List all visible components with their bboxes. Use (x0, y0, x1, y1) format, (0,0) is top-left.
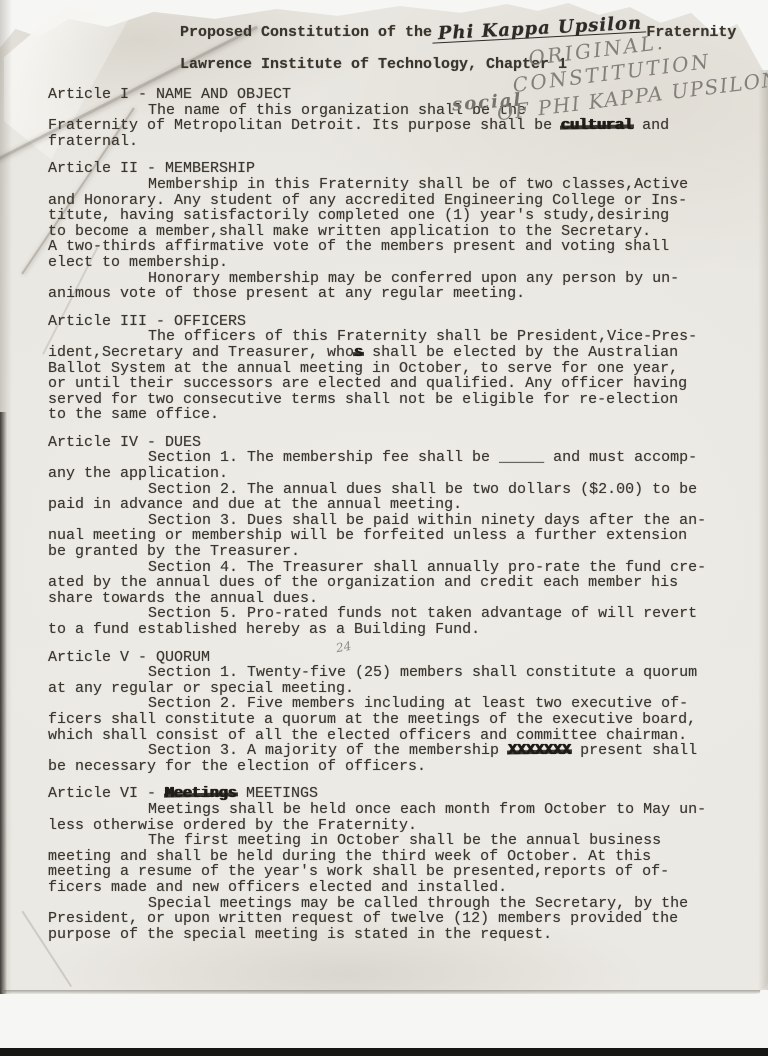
typed-text: titute, having satisfactorily completed … (48, 207, 669, 224)
typed-text: or until their successors are elected an… (48, 375, 687, 392)
doc-line: Ballot System at the annual meeting in O… (48, 361, 720, 377)
typed-text: to a fund established hereby as a Buildi… (48, 621, 480, 638)
typed-text: to the same office. (48, 406, 219, 423)
doc-line: A two-thirds affirmative vote of the mem… (48, 239, 720, 255)
left-scan-edge (0, 412, 7, 994)
scanned-page: Proposed Constitution of thePhi Kappa Up… (0, 0, 768, 1056)
document-text: Proposed Constitution of thePhi Kappa Up… (48, 22, 720, 942)
doc-line: ident,Secretary and Treasurer, whos shal… (48, 345, 720, 361)
typed-text: fraternal. (48, 133, 138, 150)
article-heading: Article V - QUORUM (48, 650, 720, 666)
typed-text: animous vote of those present at any reg… (48, 285, 525, 302)
scanner-edge-bar (0, 1048, 768, 1056)
doc-line: be necessary for the election of officer… (48, 759, 720, 775)
doc-line: Special meetings may be called through t… (48, 896, 720, 912)
typed-text: nual meeting or membership will be forfe… (48, 527, 687, 544)
doc-line: paid in advance and due at the annual me… (48, 497, 720, 513)
doc-line: any the application. (48, 466, 720, 482)
doc-line: purpose of the special meeting is stated… (48, 927, 720, 943)
struck-out-text: s (354, 345, 363, 361)
typed-text: Meetings shall be held once each month f… (148, 801, 706, 818)
typed-text: paid in advance and due at the annual me… (48, 496, 462, 513)
typed-text: President, or upon written request of tw… (48, 910, 678, 927)
typed-text: Section 2. Five members including at lea… (148, 695, 688, 712)
doc-line: Section 2. Five members including at lea… (48, 696, 720, 712)
doc-line: meeting a resume of the year's work shal… (48, 864, 720, 880)
doc-line: elect to membership. (48, 255, 720, 271)
typed-text: Section 3. A majority of the membership (148, 742, 508, 759)
typed-text: elect to membership. (48, 254, 228, 271)
typed-text: present shall (571, 742, 697, 759)
doc-line: Membership in this Fraternity shall be o… (48, 177, 720, 193)
doc-line: ficers shall constitute a quorum at the … (48, 712, 720, 728)
article-heading: Article VI - Meetings MEETINGS (48, 786, 720, 802)
typed-text: Article I - NAME AND OBJECT (48, 86, 291, 103)
doc-line: which shall consist of all the elected o… (48, 728, 720, 744)
doc-line: The officers of this Fraternity shall be… (48, 329, 720, 345)
doc-line: and Honorary. Any student of any accredi… (48, 193, 720, 209)
typed-text: meeting a resume of the year's work shal… (48, 863, 669, 880)
typed-text: which shall consist of all the elected o… (48, 727, 687, 744)
typed-text: Article VI - (48, 785, 165, 802)
title-typed-pre: Proposed Constitution of the (180, 24, 432, 41)
doc-line: less otherwise ordered by the Fraternity… (48, 818, 720, 834)
doc-line: Fraternity of Metropolitan Detroit. Its … (48, 118, 720, 134)
doc-line: Section 4. The Treasurer shall annually … (48, 560, 720, 576)
typed-text: less otherwise ordered by the Fraternity… (48, 817, 417, 834)
typed-text: shall be elected by the Australian (363, 344, 678, 361)
doc-line: ated by the annual dues of the organizat… (48, 575, 720, 591)
paper-bottom-shadow (4, 990, 760, 994)
doc-line: Honorary membership may be conferred upo… (48, 271, 720, 287)
doc-line: ficers made and new officers elected and… (48, 880, 720, 896)
doc-line: Section 5. Pro-rated funds not taken adv… (48, 606, 720, 622)
doc-line: meeting and shall be held during the thi… (48, 849, 720, 865)
doc-line: President, or upon written request of tw… (48, 911, 720, 927)
typed-text: any the application. (48, 465, 228, 482)
article-heading: Article II - MEMBERSHIP (48, 161, 720, 177)
typed-text: Special meetings may be called through t… (148, 895, 688, 912)
doc-line: Section 2. The annual dues shall be two … (48, 482, 720, 498)
doc-line: Section 3. A majority of the membership … (48, 743, 720, 759)
typed-text: Section 1. The membership fee shall be _… (148, 449, 697, 466)
typed-text: Ballot System at the annual meeting in O… (48, 360, 678, 377)
doc-line: nual meeting or membership will be forfe… (48, 528, 720, 544)
typed-text: Membership in this Fraternity shall be o… (148, 176, 688, 193)
right-edge-shading (758, 70, 768, 990)
typed-text: ficers shall constitute a quorum at the … (48, 711, 696, 728)
typed-text: The officers of this Fraternity shall be… (148, 328, 697, 345)
typed-text: Section 1. Twenty-five (25) members shal… (148, 664, 697, 681)
typed-text: MEETINGS (237, 785, 318, 802)
doc-line: fraternal. (48, 134, 720, 150)
pencil-page-mark: 24 (335, 639, 352, 655)
typed-text: be necessary for the election of officer… (48, 758, 426, 775)
doc-line: Meetings shall be held once each month f… (48, 802, 720, 818)
typed-text: ficers made and new officers elected and… (48, 879, 507, 896)
doc-line: animous vote of those present at any reg… (48, 286, 720, 302)
doc-line: Section 1. The membership fee shall be _… (48, 450, 720, 466)
typed-text: and Honorary. Any student of any accredi… (48, 192, 687, 209)
article-heading: Article III - OFFICERS (48, 314, 720, 330)
typed-text: Section 5. Pro-rated funds not taken adv… (148, 605, 697, 622)
document-body: Article I - NAME AND OBJECTThe name of t… (48, 87, 720, 942)
typed-text: ated by the annual dues of the organizat… (48, 574, 678, 591)
typed-text: The first meeting in October shall be th… (148, 832, 661, 849)
typed-text: and (633, 117, 669, 134)
doc-line: titute, having satisfactorily completed … (48, 208, 720, 224)
doc-line: or until their successors are elected an… (48, 376, 720, 392)
doc-line: be granted by the Treasurer. (48, 544, 720, 560)
doc-line: Section 1. Twenty-five (25) members shal… (48, 665, 720, 681)
doc-line: to a fund established hereby as a Buildi… (48, 622, 720, 638)
typed-text: Honorary membership may be conferred upo… (148, 270, 679, 287)
doc-line: The first meeting in October shall be th… (48, 833, 720, 849)
doc-line: served for two consecutive terms shall n… (48, 392, 720, 408)
typed-text: Article II - MEMBERSHIP (48, 160, 255, 177)
typed-text: Fraternity of Metropolitan Detroit. Its … (48, 117, 561, 134)
doc-line: to become a member,shall make written ap… (48, 224, 720, 240)
typed-text: be granted by the Treasurer. (48, 543, 300, 560)
doc-line: to the same office. (48, 407, 720, 423)
typed-text: purpose of the special meeting is stated… (48, 926, 552, 943)
typed-text: A two-thirds affirmative vote of the mem… (48, 238, 669, 255)
struck-out-text: XXXXXXX (508, 743, 571, 759)
typed-text: ident,Secretary and Treasurer, who (48, 344, 354, 361)
struck-out-text: Meetings (165, 786, 237, 802)
struck-out-text: cultural (561, 118, 633, 134)
